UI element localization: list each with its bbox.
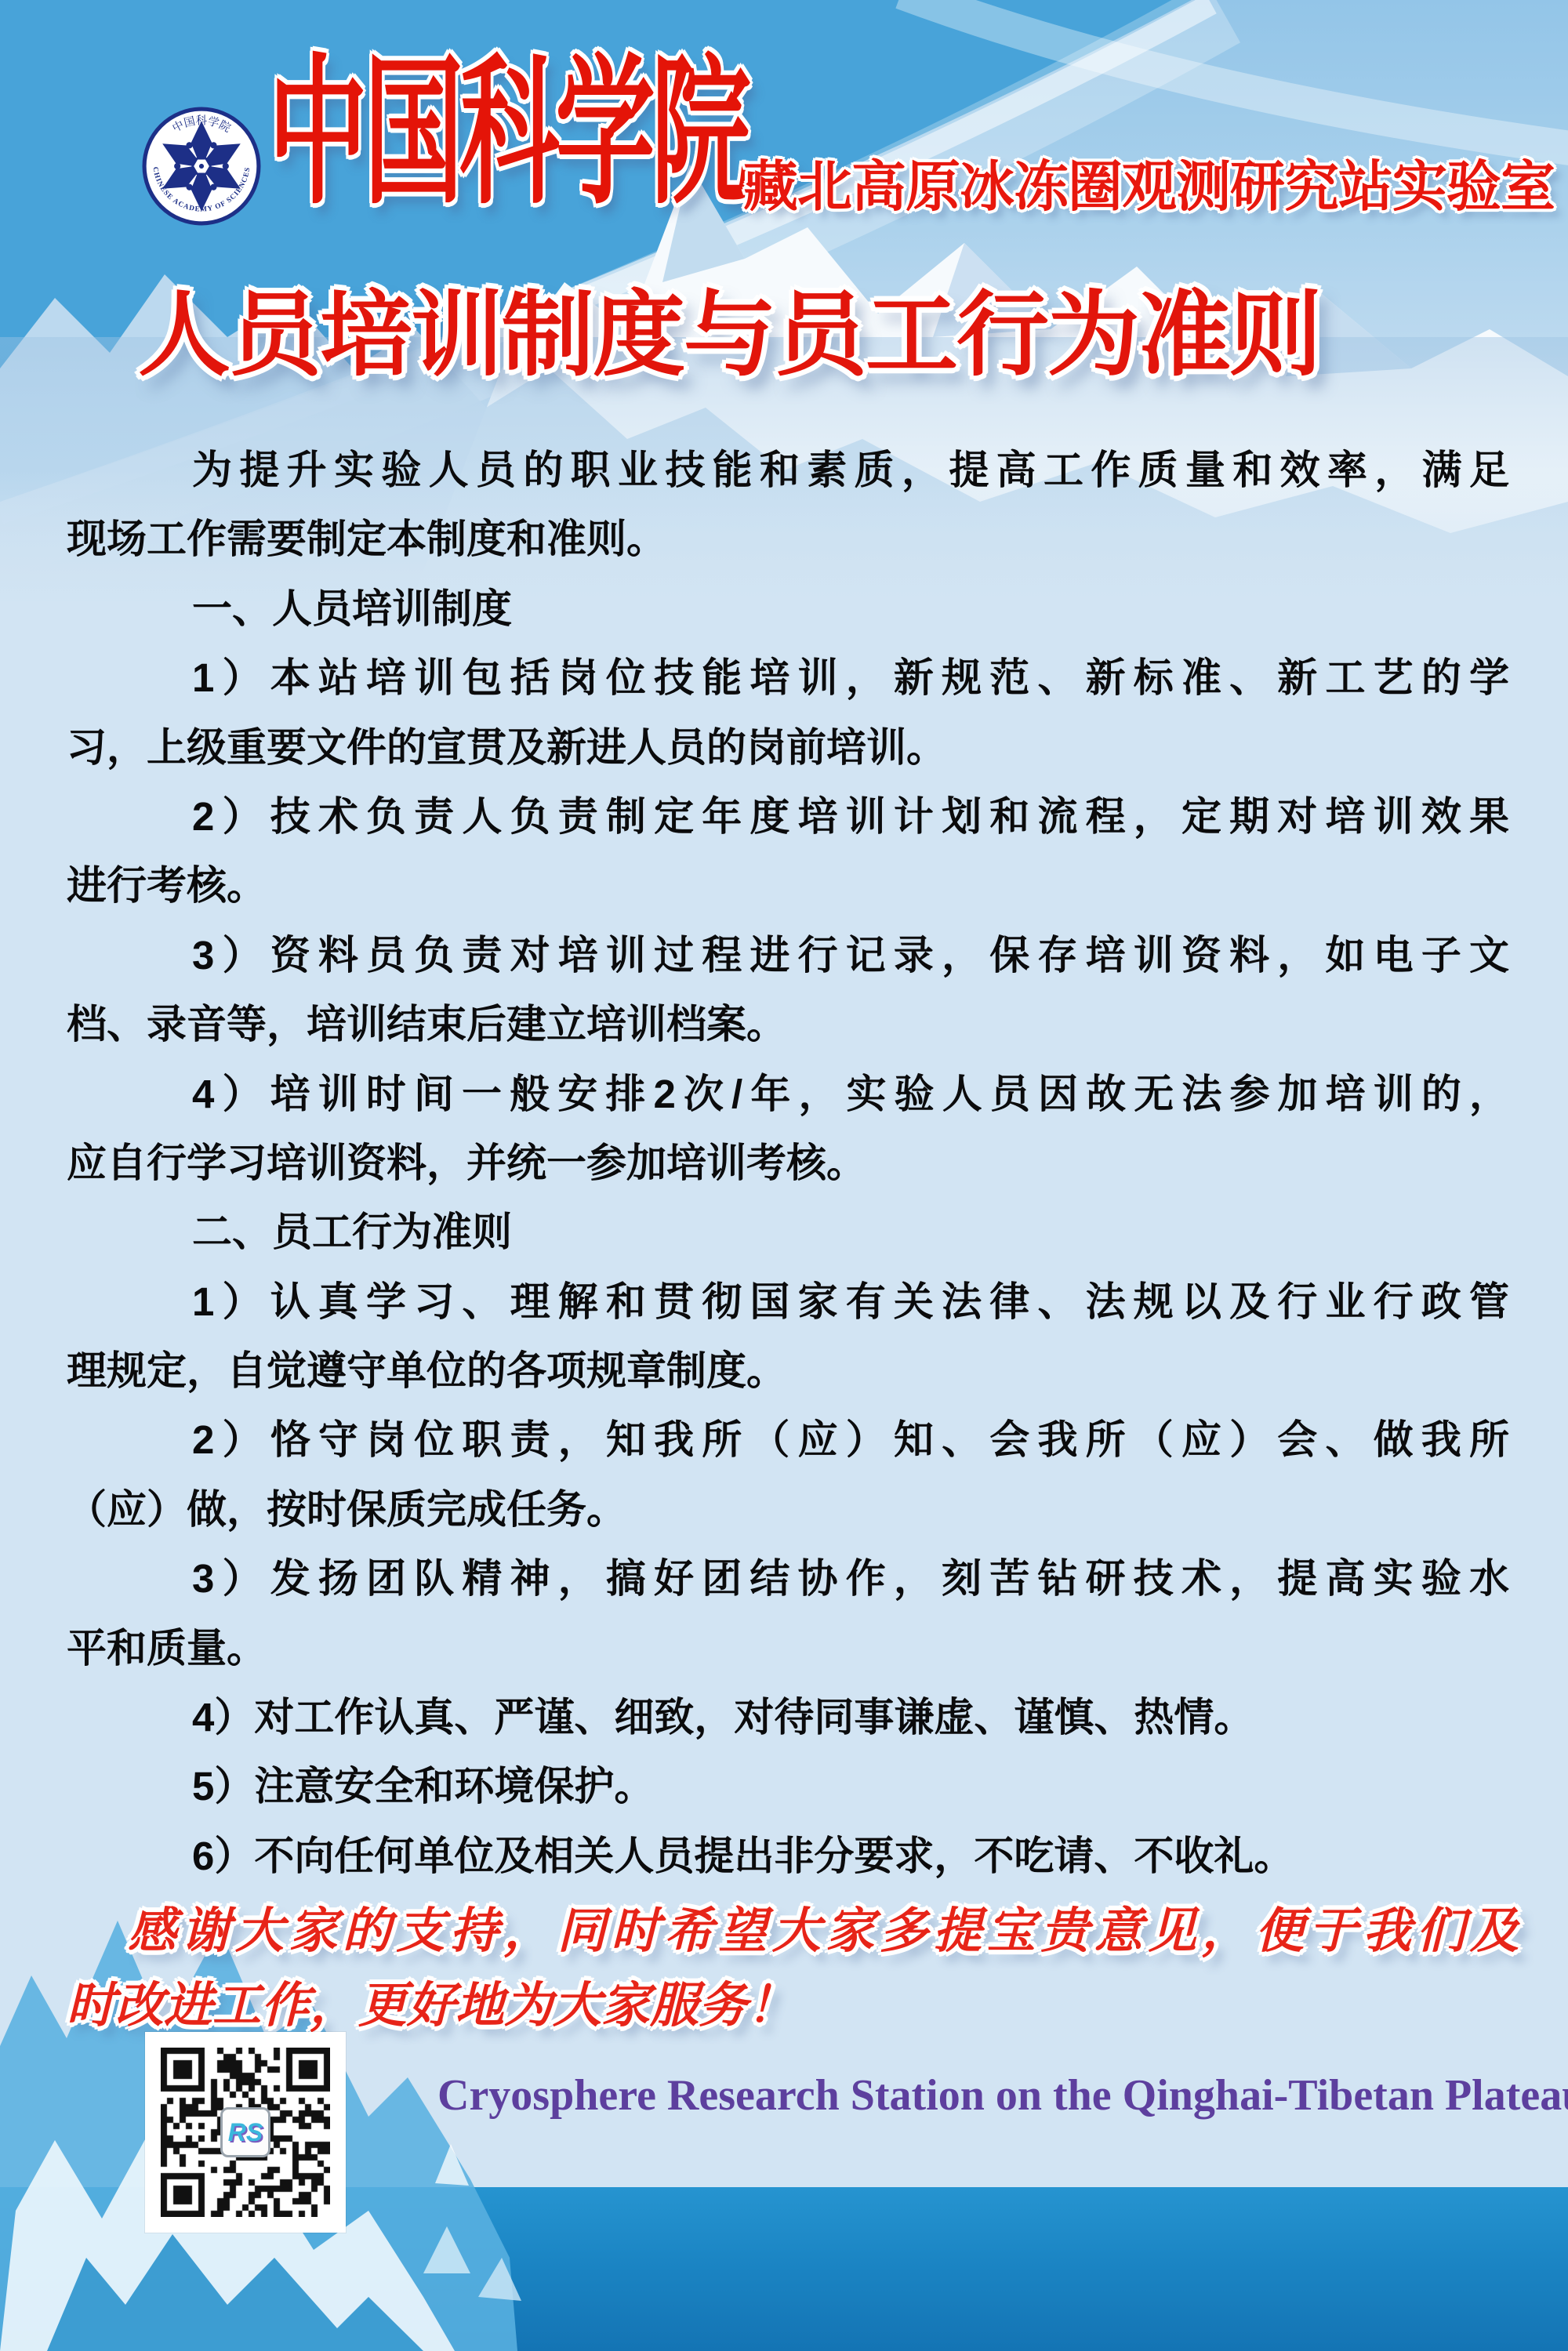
- body-line: 习，上级重要文件的宣贯及新进人员的岗前培训。: [67, 713, 1509, 782]
- qr-code: RS: [145, 2032, 346, 2233]
- section-heading: 一、人员培训制度: [67, 575, 1509, 644]
- poster-root: 中国科学院 CHINESE ACADEMY OF SCIENCES 中国科学院 …: [0, 0, 1568, 2351]
- body-line: 1）认真学习、理解和贯彻国家有关法律、法规以及行业行政管: [67, 1268, 1509, 1337]
- body-line: 应自行学习培训资料，并统一参加培训考核。: [67, 1129, 1509, 1198]
- body-line: 3）发扬团队精神，搞好团结协作，刻苦钻研技术，提高实验水: [67, 1544, 1509, 1613]
- body-line: 5）注意安全和环境保护。: [67, 1752, 1509, 1821]
- qr-logo: RS: [220, 2107, 270, 2157]
- body-line: 2）恪守岗位职责，知我所（应）知、会我所（应）会、做我所: [67, 1406, 1509, 1475]
- thanks-line-2: 时改进工作，更好地为大家服务！: [67, 1968, 1519, 2042]
- body-line: 为提升实验人员的职业技能和素质，提高工作质量和效率，满足: [67, 436, 1509, 505]
- body-line: 2）技术负责人负责制定年度培训计划和流程，定期对培训效果: [67, 782, 1509, 851]
- body-line: 平和质量。: [67, 1614, 1509, 1683]
- body-line: 4）培训时间一般安排2次/年，实验人员因故无法参加培训的，: [67, 1060, 1509, 1129]
- thanks-message: 感谢大家的支持，同时希望大家多提宝贵意见，便于我们及 时改进工作，更好地为大家服…: [67, 1893, 1519, 2042]
- body-line: 6）不向任何单位及相关人员提出非分要求，不吃请、不收礼。: [67, 1822, 1509, 1891]
- body-line: 1）本站培训包括岗位技能培训，新规范、新标准、新工艺的学: [67, 644, 1509, 713]
- english-caption: Cryosphere Research Station on the Qingh…: [437, 2060, 1568, 2123]
- body-line: 档、录音等，培训结束后建立培训档案。: [67, 990, 1509, 1059]
- thanks-line-1: 感谢大家的支持，同时希望大家多提宝贵意见，便于我们及: [67, 1893, 1519, 1968]
- lab-name: 藏北高原冰冻圈观测研究站实验室: [743, 143, 1555, 222]
- body-line: 4）对工作认真、严谨、细致，对待同事谦虚、谨慎、热情。: [67, 1683, 1509, 1752]
- cas-logo: 中国科学院 CHINESE ACADEMY OF SCIENCES: [142, 107, 261, 226]
- body-line: 现场工作需要制定本制度和准则。: [67, 505, 1509, 574]
- body-line: 理规定，自觉遵守单位的各项规章制度。: [67, 1337, 1509, 1406]
- body-line: 3）资料员负责对培训过程进行记录，保存培训资料，如电子文: [67, 921, 1509, 990]
- body-text: 为提升实验人员的职业技能和素质，提高工作质量和效率，满足现场工作需要制定本制度和…: [67, 436, 1509, 1891]
- poster-title: 人员培训制度与员工行为准则: [0, 260, 1458, 394]
- section-heading: 二、员工行为准则: [67, 1198, 1509, 1267]
- org-name: 中国科学院: [268, 49, 747, 217]
- qr-logo-text: RS: [228, 2118, 263, 2147]
- body-line: 进行考核。: [67, 851, 1509, 920]
- body-line: （应）做，按时保质完成任务。: [67, 1475, 1509, 1544]
